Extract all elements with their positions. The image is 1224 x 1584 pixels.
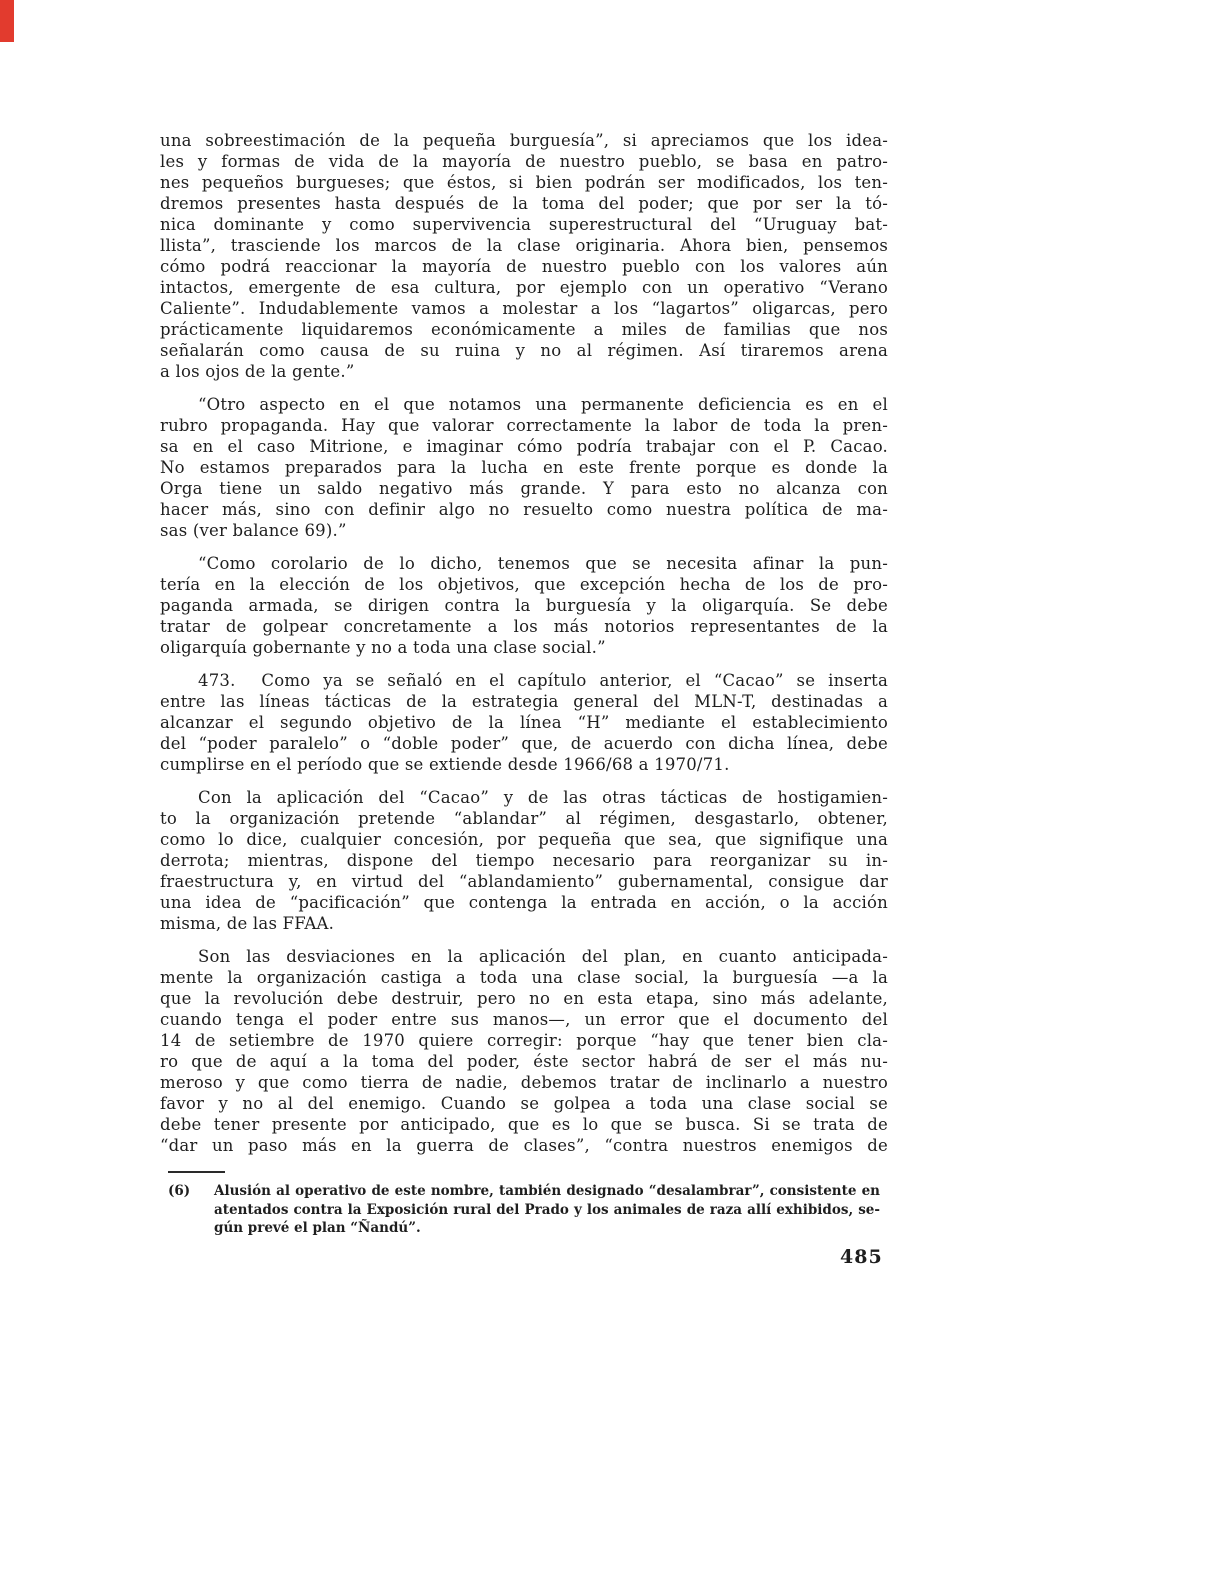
text-line: Son las desviaciones en la aplicación de… xyxy=(160,946,888,967)
footnote-separator-rule xyxy=(168,1171,225,1173)
text-line: alcanzar el segundo objetivo de la línea… xyxy=(160,712,888,733)
text-line: sa en el caso Mitrione, e imaginar cómo … xyxy=(160,436,888,457)
text-line: Orga tiene un saldo negativo más grande.… xyxy=(160,478,888,499)
text-line: gún prevé el plan “Ñandú”. xyxy=(214,1219,880,1238)
text-line: una idea de “pacificación” que contenga … xyxy=(160,892,888,913)
text-line: misma, de las FFAA. xyxy=(160,913,888,934)
text-line: to la organización pretende “ablandar” a… xyxy=(160,808,888,829)
text-line: cumplirse en el período que se extiende … xyxy=(160,754,888,775)
text-line: derrota; mientras, dispone del tiempo ne… xyxy=(160,850,888,871)
text-line: No estamos preparados para la lucha en e… xyxy=(160,457,888,478)
paragraph: “Como corolario de lo dicho, tenemos que… xyxy=(160,553,888,658)
red-corner-mark xyxy=(0,0,14,42)
paragraph: Son las desviaciones en la aplicación de… xyxy=(160,946,888,1156)
text-line: sas (ver balance 69).” xyxy=(160,520,888,541)
text-line: nica dominante y como supervivencia supe… xyxy=(160,214,888,235)
paragraph: una sobreestimación de la pequeña burgue… xyxy=(160,130,888,382)
text-line: nes pequeños burgueses; que éstos, si bi… xyxy=(160,172,888,193)
text-line: llista”, trasciende los marcos de la cla… xyxy=(160,235,888,256)
paragraph: Con la aplicación del “Cacao” y de las o… xyxy=(160,787,888,934)
text-line: como lo dice, cualquier concesión, por p… xyxy=(160,829,888,850)
text-line: debe tener presente por anticipado, que … xyxy=(160,1114,888,1135)
text-line: rubro propaganda. Hay que valorar correc… xyxy=(160,415,888,436)
text-line: ro que de aquí a la toma del poder, éste… xyxy=(160,1051,888,1072)
text-line: dremos presentes hasta después de la tom… xyxy=(160,193,888,214)
text-line: Alusión al operativo de este nombre, tam… xyxy=(214,1182,880,1201)
text-line: tratar de golpear concretamente a los má… xyxy=(160,616,888,637)
page-number: 485 xyxy=(840,1246,883,1268)
text-line: tería en la elección de los objetivos, q… xyxy=(160,574,888,595)
scanned-book-page: una sobreestimación de la pequeña burgue… xyxy=(0,0,1224,1584)
text-line: fraestructura y, en virtud del “ablandam… xyxy=(160,871,888,892)
text-line: “Como corolario de lo dicho, tenemos que… xyxy=(160,553,888,574)
text-line: 14 de setiembre de 1970 quiere corregir:… xyxy=(160,1030,888,1051)
footnote: (6) Alusión al operativo de este nombre,… xyxy=(168,1182,880,1238)
text-line: 473. Como ya se señaló en el capítulo an… xyxy=(160,670,888,691)
text-line: favor y no al del enemigo. Cuando se gol… xyxy=(160,1093,888,1114)
text-line: a los ojos de la gente.” xyxy=(160,361,888,382)
text-line: intactos, emergente de esa cultura, por … xyxy=(160,277,888,298)
text-line: Con la aplicación del “Cacao” y de las o… xyxy=(160,787,888,808)
footnote-marker: (6) xyxy=(168,1182,214,1238)
text-line: que la revolución debe destruir, pero no… xyxy=(160,988,888,1009)
body-text-block: una sobreestimación de la pequeña burgue… xyxy=(160,130,888,1156)
text-line: Caliente”. Indudablemente vamos a molest… xyxy=(160,298,888,319)
text-line: meroso y que como tierra de nadie, debem… xyxy=(160,1072,888,1093)
text-line: oligarquía gobernante y no a toda una cl… xyxy=(160,637,888,658)
text-line: hacer más, sino con definir algo no resu… xyxy=(160,499,888,520)
paragraph: 473. Como ya se señaló en el capítulo an… xyxy=(160,670,888,775)
text-line: del “poder paralelo” o “doble poder” que… xyxy=(160,733,888,754)
paragraph: “Otro aspecto en el que notamos una perm… xyxy=(160,394,888,541)
text-line: “Otro aspecto en el que notamos una perm… xyxy=(160,394,888,415)
text-line: cuando tenga el poder entre sus manos—, … xyxy=(160,1009,888,1030)
text-line: señalarán como causa de su ruina y no al… xyxy=(160,340,888,361)
text-line: entre las líneas tácticas de la estrateg… xyxy=(160,691,888,712)
text-line: cómo podrá reaccionar la mayoría de nues… xyxy=(160,256,888,277)
text-line: paganda armada, se dirigen contra la bur… xyxy=(160,595,888,616)
text-line: mente la organización castiga a toda una… xyxy=(160,967,888,988)
footnote-text: Alusión al operativo de este nombre, tam… xyxy=(214,1182,880,1238)
text-line: les y formas de vida de la mayoría de nu… xyxy=(160,151,888,172)
text-line: atentados contra la Exposición rural del… xyxy=(214,1201,880,1220)
text-line: “dar un paso más en la guerra de clases”… xyxy=(160,1135,888,1156)
text-line: una sobreestimación de la pequeña burgue… xyxy=(160,130,888,151)
text-line: prácticamente liquidaremos económicament… xyxy=(160,319,888,340)
